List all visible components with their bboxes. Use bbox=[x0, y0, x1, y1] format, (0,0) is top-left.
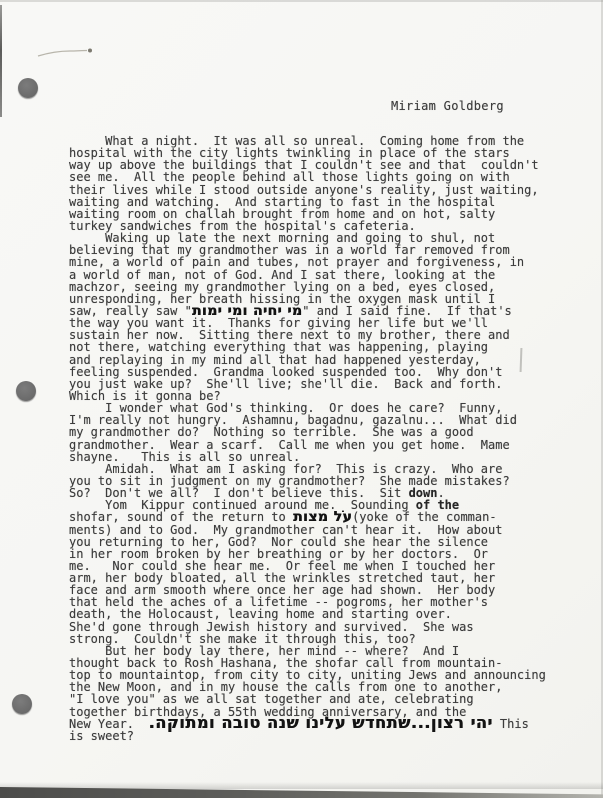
scan-top-edge bbox=[0, 0, 603, 2]
punch-hole bbox=[12, 694, 32, 714]
scan-left-edge bbox=[0, 5, 2, 117]
author-name: Miriam Goldberg bbox=[391, 99, 504, 113]
typed-segment: This bbox=[493, 717, 529, 731]
scan-bottom-shadow bbox=[0, 782, 603, 789]
typed-text: What a night. It was all so unreal. Comi… bbox=[69, 135, 546, 742]
typed-line: New Year. יהי רצון...שתחדש עלינו שנה טוב… bbox=[69, 718, 546, 730]
punch-hole bbox=[16, 381, 36, 401]
typed-segment: is sweet? bbox=[69, 729, 134, 743]
paper-background: Miriam Goldberg What a night. It was all… bbox=[0, 0, 603, 798]
handwritten-hebrew-annotation: יהי רצון...שתחדש עלינו שנה טובה ומתוקה. bbox=[148, 713, 492, 732]
punch-hole bbox=[18, 78, 38, 98]
scanned-page: { "document": { "author": "Miriam Goldbe… bbox=[0, 0, 603, 798]
pen-mark bbox=[36, 42, 96, 62]
